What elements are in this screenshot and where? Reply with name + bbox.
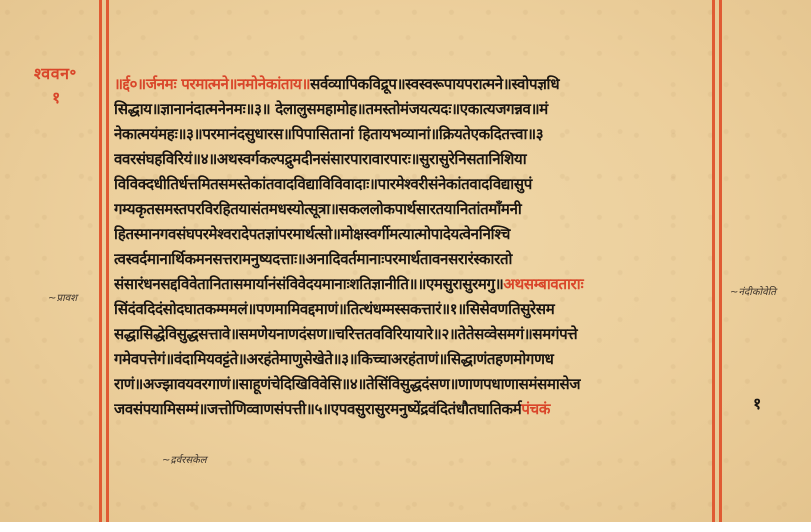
body-text: संसारंधनसद्दविवेतानितासमार्यानंसंविवेदयम… [114, 275, 503, 293]
body-text: नेकात्मयंमहः॥३॥परमानंदसुधारस॥पिपासितानां… [114, 125, 543, 143]
text-line: हितस्मानगवसंघपरमेश्वरादेपतज्ञांपरमार्थत्… [114, 222, 710, 247]
rubric-text: पंचकं [521, 400, 550, 418]
body-text: जवसंपयामिसम्मं॥जत्तोणिव्वाणसंपत्ती॥५॥एपव… [114, 400, 521, 418]
body-text: गम्यकृतसमस्तपरविरहितयासंतमधस्योत्सूत्रा॥… [114, 200, 522, 218]
text-line: विविक्दधीतिर्धत्तमितसमस्तेकांतवादविद्याव… [114, 172, 710, 197]
text-line: त्वस्वर्दमानार्थिकमनसत्तरामनुष्यदत्ताः॥अ… [114, 247, 710, 272]
body-text: सर्वव्यापिकविद्रूप॥स्वस्वरूपायपरात्मने॥स… [310, 75, 559, 93]
body-text: ववरसंघहविरियं॥४॥अथस्वर्गकल्पद्रुमदीनसंसा… [114, 150, 526, 168]
body-text: सिद्धाय॥ज्ञानानंदात्मनेनमः॥३॥ देलालुसमहा… [114, 100, 548, 118]
rubric-text: अथसम्बावताराः [503, 275, 583, 293]
body-text: त्वस्वर्दमानार्थिकमनसत्तरामनुष्यदत्ताः॥अ… [114, 250, 512, 268]
text-line: संसारंधनसद्दविवेतानितासमार्यानंसंविवेदयम… [114, 272, 710, 297]
rubric-text: ॥र्द्द०॥र्जनमः परमात्मने॥नमोनेकांताय॥ [114, 75, 310, 93]
left-margin-rule-inner [106, 0, 109, 522]
text-line: सद्धासिद्धेविसुद्धसत्तावे॥समणेयनाणदंसण॥च… [114, 322, 710, 347]
body-text: सिंदंवदिदंसोदघातकम्ममलं॥पणमामिवद्दमाणं॥त… [114, 300, 554, 318]
body-text: राणं॥अज्झावयवरगाणं॥साहूणंचेदिखिविवेसि॥४॥… [114, 375, 580, 393]
text-line: नेकात्मयंमहः॥३॥परमानंदसुधारस॥पिपासितानां… [114, 122, 710, 147]
body-text: विविक्दधीतिर्धत्तमितसमस्तेकांतवादविद्याव… [114, 175, 532, 193]
text-line: राणं॥अज्झावयवरगाणं॥साहूणंचेदिखिविवेसि॥४॥… [114, 372, 710, 397]
body-text: हितस्मानगवसंघपरमेश्वरादेपतज्ञांपरमार्थत्… [114, 225, 510, 243]
left-margin-rule-outer [99, 0, 102, 522]
text-line: ववरसंघहविरियं॥४॥अथस्वर्गकल्पद्रुमदीनसंसा… [114, 147, 710, 172]
manuscript-text-block: ॥र्द्द०॥र्जनमः परमात्मने॥नमोनेकांताय॥सर्… [114, 72, 710, 422]
left-margin-title: श्ववन॰ [34, 62, 77, 84]
text-line: गमेवपत्तेगं॥वंदामियवट्टंते॥अरहंतेमाणुसेख… [114, 347, 710, 372]
text-line: जवसंपयामिसम्मं॥जत्तोणिव्वाणसंपत्ती॥५॥एपव… [114, 397, 710, 422]
page-bottom-edge [0, 522, 811, 532]
bottom-margin-gloss: ~द्रर्वरसकेल [162, 452, 207, 466]
left-folio-number: १ [52, 86, 60, 108]
text-line: सिद्धाय॥ज्ञानानंदात्मनेनमः॥३॥ देलालुसमहा… [114, 97, 710, 122]
body-text: सद्धासिद्धेविसुद्धसत्तावे॥समणेयनाणदंसण॥च… [114, 325, 577, 343]
text-line: सिंदंवदिदंसोदघातकम्ममलं॥पणमामिवद्दमाणं॥त… [114, 297, 710, 322]
right-margin-gloss: ~नंदीकोवेति [730, 284, 776, 298]
text-line: गम्यकृतसमस्तपरविरहितयासंतमधस्योत्सूत्रा॥… [114, 197, 710, 222]
right-margin-rule-outer [719, 0, 722, 522]
left-margin-gloss: ~प्रावश [48, 290, 77, 304]
manuscript-folio: श्ववन॰ १ १ ~प्रावश ~नंदीकोवेति ~द्रर्वरस… [0, 0, 811, 522]
right-margin-rule-inner [712, 0, 715, 522]
body-text: गमेवपत्तेगं॥वंदामियवट्टंते॥अरहंतेमाणुसेख… [114, 350, 554, 368]
text-line: ॥र्द्द०॥र्जनमः परमात्मने॥नमोनेकांताय॥सर्… [114, 72, 710, 97]
right-folio-number: १ [753, 392, 761, 414]
